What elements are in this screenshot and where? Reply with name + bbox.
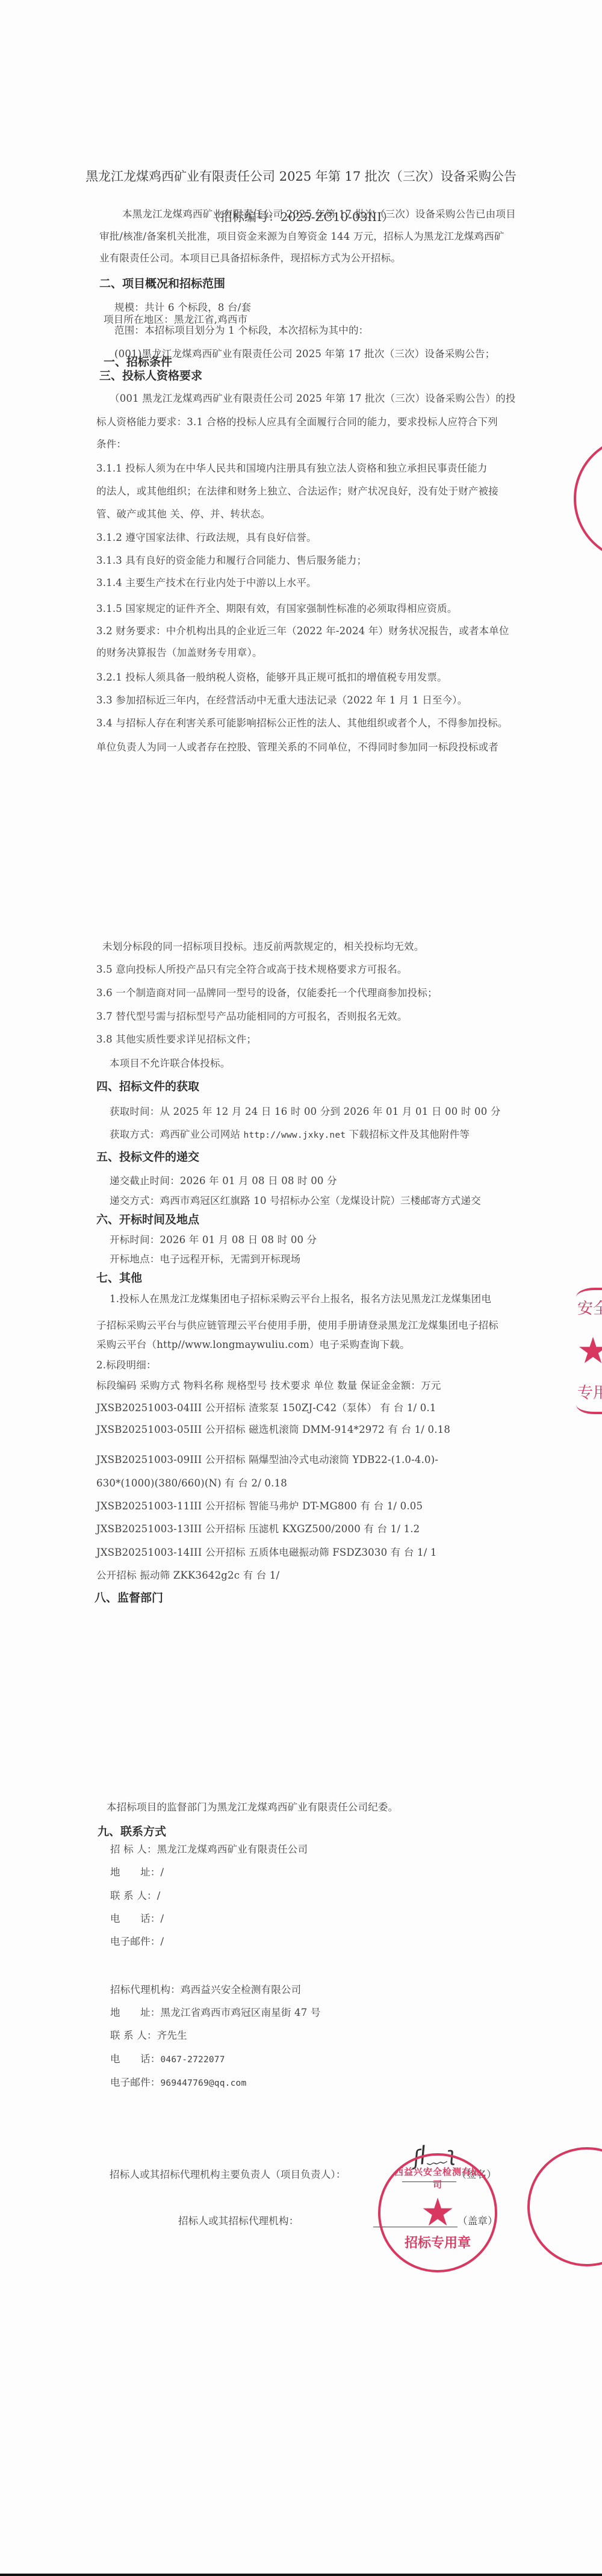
- s5-method: 递交方式：鸡西市鸡冠区红旗路 10 号招标办公室（龙煤设计院）三楼邮寄方式递交: [110, 1194, 481, 1208]
- s4-method-suffix: 下载招标文件及其他附件等: [346, 1129, 470, 1140]
- s3-line: 的财务决算报告（加盖财务专用章）。: [96, 646, 262, 660]
- s3-line-cont: 3.5 意向投标人所投产品只有完全符合或高于技术规格要求方可报名。: [96, 963, 408, 976]
- lot-row: JXSB20251003-11III 公开招标 智能马弗炉 DT-MG800 有…: [96, 1500, 423, 1513]
- s3-line-cont: 3.7 替代型号需与招标型号产品功能相同的方可报名，否则报名无效。: [96, 1010, 408, 1023]
- s7-note-line: 子招标采购云平台与供应链管理云平台使用手册，使用手册请登录黑龙江龙煤集团电子招标: [96, 1319, 498, 1332]
- s5-deadline: 递交截止时间：2026 年 01 月 08 日 08 时 00 分: [110, 1174, 337, 1188]
- document-title: 黑龙江龙煤鸡西矿业有限责任公司 2025 年第 17 批次（三次）设备采购公告: [0, 167, 602, 186]
- s6-time: 开标时间：2026 年 01 月 08 日 08 时 00 分: [110, 1233, 317, 1247]
- s3-line: 条件：: [96, 438, 126, 451]
- tenderer-address: 地 址：/: [110, 1866, 164, 1879]
- section-heading-3: 三、投标人资格要求: [99, 368, 202, 384]
- s1-line-3: 业有限责任公司。本项目已具备招标条件，现招标方式为公开招标。: [99, 252, 401, 265]
- s1-line-1: 本黑龙江龙煤鸡西矿业有限责任公司 2025 年第 17 批次（三次）设备采购公告…: [122, 208, 516, 221]
- section-heading-9: 九、联系方式: [98, 1824, 166, 1839]
- lot-row: JXSB20251003-04III 公开招标 渣浆泵 150ZJ-C42（泵体…: [96, 1402, 436, 1415]
- section-heading-4: 四、招标文件的获取: [96, 1079, 199, 1094]
- lot-row: JXSB20251003-14III 公开招标 五质体电磁振动筛 FSDZ303…: [96, 1546, 437, 1559]
- star-icon: ★: [420, 2194, 455, 2232]
- lot-row: JXSB20251003-09III 公开招标 隔爆型油冷式电动滚筒 YDB22…: [96, 1453, 438, 1467]
- s2-item: (001)黑龙江龙煤鸡西矿业有限责任公司 2025 年第 17 批次（三次）设备…: [114, 348, 495, 361]
- s3-line: 3.1.3 具有良好的资金能力和履行合同能力、售后服务能力；: [96, 554, 367, 567]
- star-icon: ★: [577, 1332, 602, 1370]
- edge-seal-2: 安全 ★ 专用: [576, 1288, 602, 1414]
- agency-email: 电子邮件：969447769@qq.com: [110, 2076, 246, 2090]
- s3-line: （001 黑龙江龙煤鸡西矿业有限责任公司 2025 年第 17 批次（三次）设备…: [110, 392, 516, 405]
- section-heading-6: 六、开标时间及地点: [96, 1212, 199, 1227]
- s6-place: 开标地点：电子远程开标，无需到开标现场: [110, 1253, 300, 1266]
- tenderer-email: 电子邮件：/: [110, 1935, 164, 1948]
- lot-row: JXSB20251003-13III 公开招标 压滤机 KXGZ500/2000…: [96, 1523, 420, 1536]
- edge-seal-1: 鸡西益: [574, 436, 602, 561]
- lot-row: 公开招标 振动筛 ZKK3642g2c 有 台 1/: [96, 1569, 279, 1582]
- section-heading-2: 二、项目概况和招标范围: [99, 276, 225, 292]
- signoff-org-label: 招标人或其招标代理机构：: [178, 2215, 299, 2228]
- s3-line: 3.1.4 主要生产技术在行业内处于中游以上水平。: [96, 576, 317, 590]
- s3-line: 3.3 参加招标近三年内，在经营活动中无重大违法记录（2022 年 1 月 1 …: [96, 694, 467, 707]
- s3-line-cont: 3.6 一个制造商对同一品牌同一型号的设备，仅能委托一个代理商参加投标；: [96, 987, 438, 1000]
- s8-text: 本招标项目的监督部门为黑龙江龙煤鸡西矿业有限责任公司纪委。: [107, 1801, 398, 1814]
- s4-method-label: 获取方式：鸡西矿业公司网站: [110, 1129, 244, 1140]
- document-page: 黑龙江龙煤鸡西矿业有限责任公司 2025 年第 17 批次（三次）设备采购公告 …: [0, 0, 602, 2576]
- s1-line-2: 审批/核准/备案机关批准，项目资金来源为自筹资金 144 万元，招标人为黑龙江龙…: [99, 230, 504, 243]
- s3-line: 管、破产或其他 关、停、并、转状态。: [96, 508, 270, 521]
- lot-row: JXSB20251003-05III 公开招标 磁选机滚筒 DMM-914*29…: [96, 1423, 450, 1436]
- s7-note-line: 1.投标人在黑龙江龙煤集团电子招标采购云平台上报名，报名方法见黑龙江龙煤集团电: [110, 1293, 491, 1306]
- s3-line: 3.1.5 国家规定的证件齐全、期限有效，有国家强制性标准的必须取得相应资质。: [96, 602, 458, 616]
- lot-row: 630*(1000)(380/660)(N) 有 台 2/ 0.18: [96, 1477, 287, 1490]
- s3-line: 3.2 财务要求：中介机构出具的企业近三年（2022 年-2024 年）财务状况…: [96, 625, 509, 638]
- s7-note-line: 采购云平台（http//www.longmaywuliu.com）电子采购查询下…: [96, 1338, 410, 1352]
- tenderer-name: 招 标 人：黑龙江龙煤鸡西矿业有限责任公司: [110, 1843, 308, 1856]
- agency-phone: 电 话：0467-2722077: [110, 2053, 225, 2066]
- s2-scale: 规模：共计 6 个标段，8 台/套: [114, 301, 251, 314]
- partial-seal-bottom: 检测有限公司: [527, 2147, 602, 2266]
- section-heading-7: 七、其他: [96, 1270, 142, 1286]
- page-bottom-border: [0, 2574, 602, 2576]
- s4-method: 获取方式：鸡西矿业公司网站 http://www.jxky.net 下载招标文件…: [110, 1128, 470, 1142]
- section-heading-5: 五、投标文件的递交: [96, 1149, 199, 1165]
- s3-line: 的法人，或其他组织；在法律和财务上独立、合法运作；财产状况良好，没有处于财产被接: [96, 485, 498, 498]
- tenderer-contact: 联 系 人：/: [110, 1889, 160, 1903]
- tenderer-phone: 电 话：/: [110, 1912, 164, 1926]
- signoff-head-label: 招标人或其招标代理机构主要负责人（项目负责人）：: [110, 2168, 346, 2181]
- agency-email-link[interactable]: 969447769@qq.com: [161, 2079, 247, 2088]
- s4-time: 获取时间：从 2025 年 12 月 24 日 16 时 00 分到 2026 …: [110, 1105, 501, 1118]
- agency-address: 地 址：黑龙江省鸡西市鸡冠区南星街 47 号: [110, 2006, 321, 2019]
- section-heading-8: 八、监督部门: [95, 1590, 163, 1606]
- s3-line-cont: 3.8 其他实质性要求详见招标文件；: [96, 1033, 256, 1046]
- website-link[interactable]: http://www.jxky.net: [244, 1131, 346, 1140]
- s3-line: 3.1.2 遵守国家法律、行政法规，具有良好信誉。: [96, 531, 317, 544]
- s2-scope: 范围：本招标项目划分为 1 个标段，本次招标为其中的：: [114, 324, 368, 337]
- agency-contact: 联 系 人：齐先生: [110, 2029, 187, 2042]
- lots-label: 2.标段明细：: [96, 1359, 157, 1372]
- agency-seal: 鸡西益兴安全检测有限公司 ★ 招标专用章: [378, 2153, 497, 2272]
- lots-header: 标段编码 采购方式 物料名称 规格型号 技术要求 单位 数量 保证金金额：万元: [96, 1379, 441, 1392]
- s3-line: 3.2.1 投标人须具备一般纳税人资格，能够开具正规可抵扣的增值税专用发票。: [96, 671, 447, 684]
- s3-line: 单位负责人为同一人或者存在控股、管理关系的不同单位，不得同时参加同一标段投标或者: [96, 741, 498, 754]
- s3-line: 标人资格能力要求：3.1 合格的投标人应具有全面履行合同的能力，要求投标人应符合…: [96, 416, 498, 429]
- s3-line: 3.1.1 投标人须为在中华人民共和国境内注册具有独立法人资格和独立承担民事责任…: [96, 462, 488, 475]
- s3-consortium: 本项目不允许联合体投标。: [110, 1057, 230, 1070]
- agency-name: 招标代理机构：鸡西益兴安全检测有限公司: [110, 1983, 301, 1997]
- s3-line-cont: 未划分标段的同一招标项目投标。违反前两款规定的，相关投标均无效。: [102, 940, 424, 953]
- s3-line: 3.4 与招标人存在利害关系可能影响招标公正性的法人、其他组织或者个人，不得参加…: [96, 717, 508, 730]
